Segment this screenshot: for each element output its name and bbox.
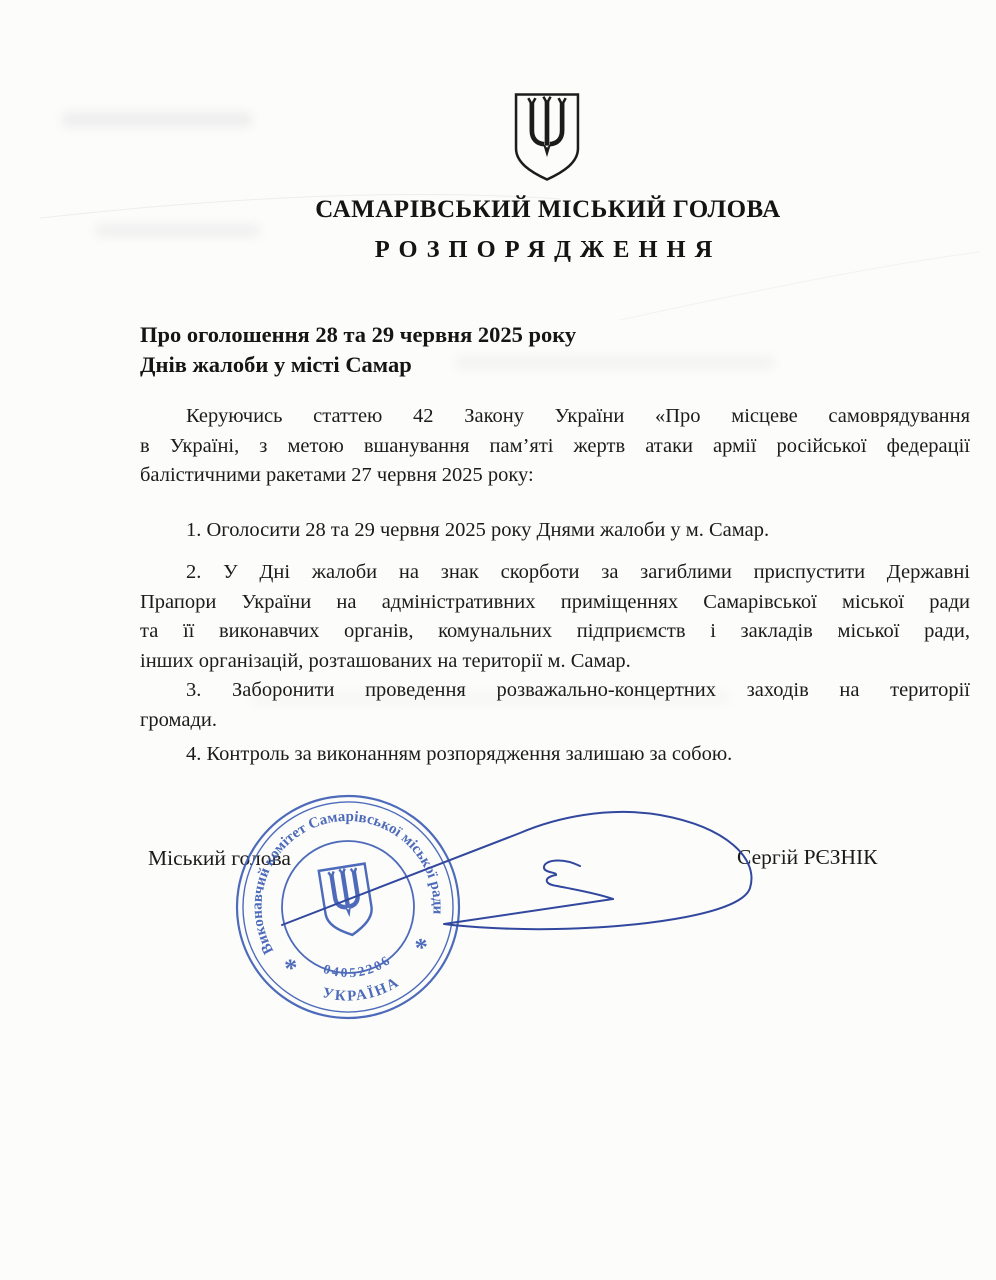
org-title: САМАРІВСЬКИЙ МІСЬКИЙ ГОЛОВА — [133, 196, 963, 224]
document-type-title: РОЗПОРЯДЖЕННЯ — [133, 236, 963, 264]
paragraph-item-1: 1. Оголосити 28 та 29 червня 2025 року Д… — [140, 516, 970, 546]
text-line: Керуючись статтею 42 Закону України «Про… — [140, 402, 970, 432]
text-line: 3. Заборонити проведення розважально-кон… — [140, 676, 970, 706]
paragraph-item-3: 3. Заборонити проведення розважально-кон… — [140, 676, 970, 735]
text-line: балістичними ракетами 27 червня 2025 рок… — [140, 461, 970, 491]
paragraph-item-4: 4. Контроль за виконанням розпорядження … — [140, 740, 970, 770]
scanned-document-page: САМАРІВСЬКИЙ МІСЬКИЙ ГОЛОВА РОЗПОРЯДЖЕНН… — [0, 0, 996, 1280]
trident-tips — [528, 97, 565, 105]
subject-block: Про оголошення 28 та 29 червня 2025 року… — [140, 320, 760, 380]
text-line: 2. У Дні жалоби на знак скорботи за заги… — [140, 558, 970, 588]
paragraph-preamble: Керуючись статтею 42 Закону України «Про… — [140, 402, 970, 491]
handwritten-signature — [230, 780, 790, 1040]
text-line: Прапори України на адміністративних прим… — [140, 588, 970, 618]
paragraph-item-2: 2. У Дні жалоби на знак скорботи за заги… — [140, 558, 970, 676]
signature-main-loop — [282, 812, 751, 929]
text-line: Про оголошення 28 та 29 червня 2025 року — [140, 320, 760, 350]
text-line: в Україні, з метою вшанування пам’яті же… — [140, 432, 970, 462]
coat-of-arms-tryzub-icon — [511, 92, 583, 182]
bleed-through-artifact — [62, 112, 252, 127]
text-line: 4. Контроль за виконанням розпорядження … — [140, 740, 970, 770]
signature-squiggle — [544, 860, 613, 899]
text-line: 1. Оголосити 28 та 29 червня 2025 року Д… — [140, 516, 970, 546]
text-line: Днів жалоби у місті Самар — [140, 350, 760, 380]
text-line: та її виконавчих органів, комунальних пі… — [140, 617, 970, 647]
text-line: громади. — [140, 706, 970, 736]
trident-prongs — [532, 101, 562, 146]
text-line: інших організацій, розташованих на терит… — [140, 647, 970, 677]
